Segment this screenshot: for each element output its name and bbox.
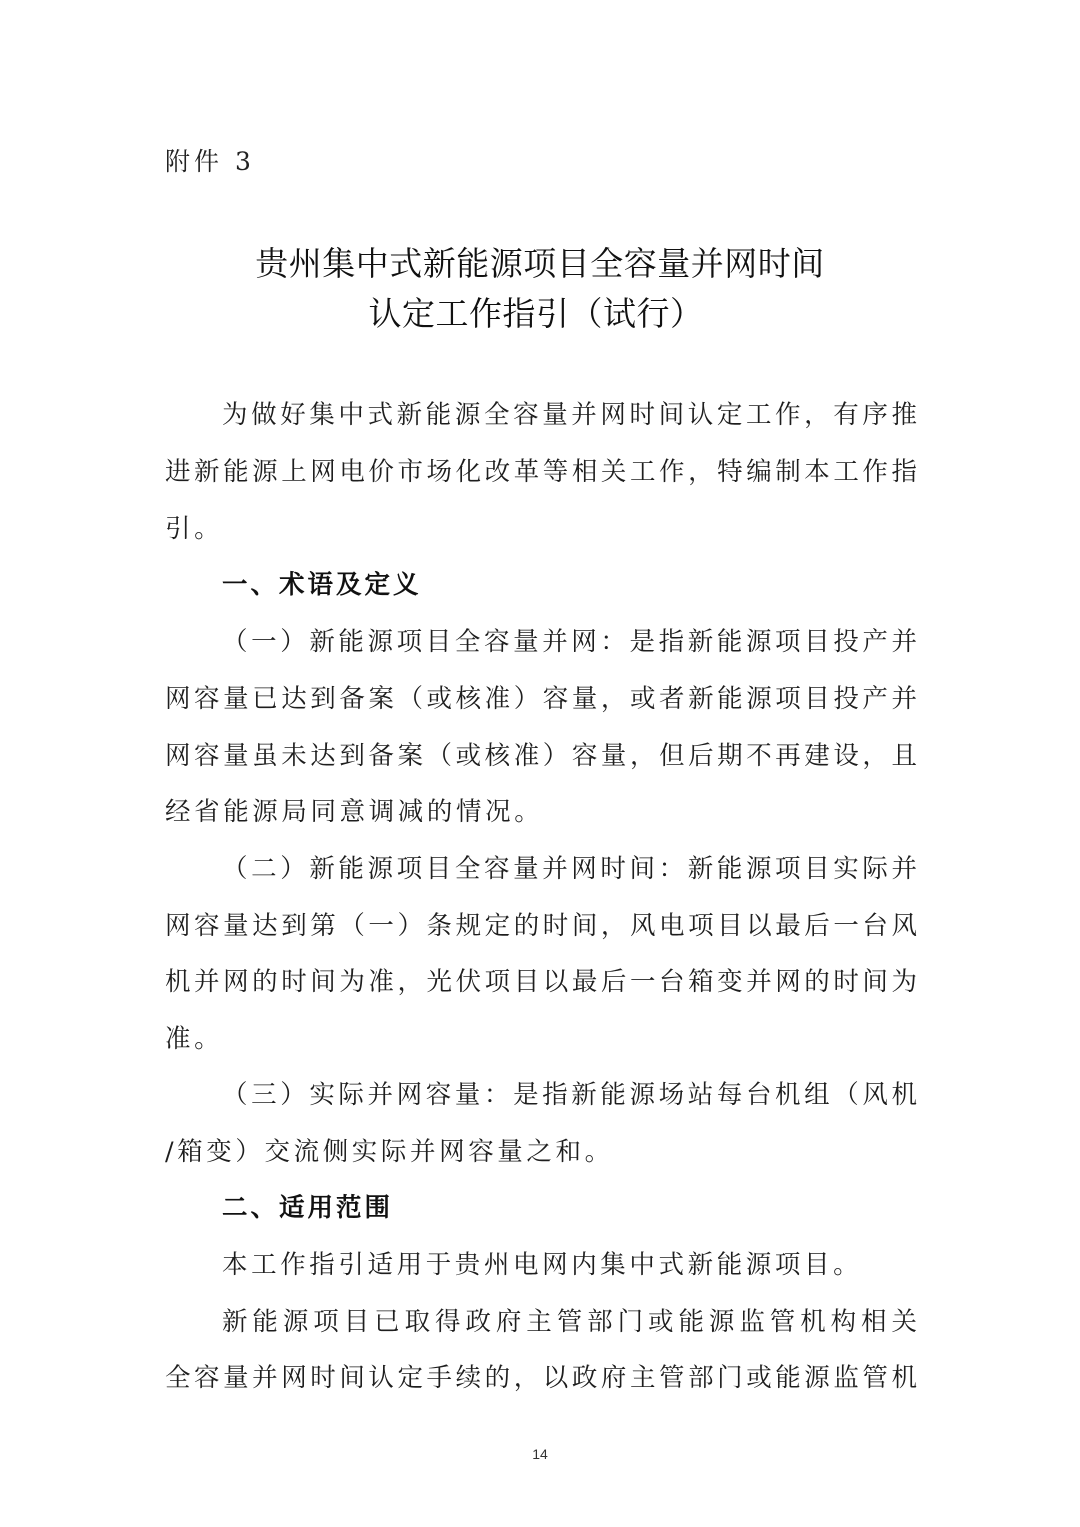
intro-line-2: 进新能源上网电价市场化改革等相关工作，特编制本工作指 [165, 455, 917, 489]
definition-3-line-1: （三）实际并网容量：是指新能源场站每台机组（风机 [222, 1078, 917, 1112]
scope-paragraph-2-line-1: 新能源项目已取得政府主管部门或能源监管机构相关 [222, 1305, 917, 1339]
definition-2-line-1: （二）新能源项目全容量并网时间：新能源项目实际并 [222, 852, 917, 886]
intro-line-1: 为做好集中式新能源全容量并网时间认定工作，有序推 [222, 398, 917, 432]
intro-line-3: 引。 [165, 512, 917, 546]
definition-1-line-1: （一）新能源项目全容量并网：是指新能源项目投产并 [222, 625, 917, 659]
document-title-line-2: 认定工作指引（试行） [0, 288, 1076, 335]
definition-2-line-3: 机并网的时间为准，光伏项目以最后一台箱变并网的时间为 [165, 965, 917, 999]
scope-paragraph-2-line-2: 全容量并网时间认定手续的，以政府主管部门或能源监管机 [165, 1361, 917, 1395]
definition-1-line-2: 网容量已达到备案（或核准）容量，或者新能源项目投产并 [165, 682, 917, 716]
definition-2-line-4: 准。 [165, 1022, 917, 1056]
section-heading-terms: 一、术语及定义 [222, 568, 422, 602]
definition-1-line-3: 网容量虽未达到备案（或核准）容量，但后期不再建设，且 [165, 739, 917, 773]
definition-3-line-2: /箱变）交流侧实际并网容量之和。 [165, 1135, 917, 1169]
definition-1-line-4: 经省能源局同意调减的情况。 [165, 795, 917, 829]
definition-2-line-2: 网容量达到第（一）条规定的时间，风电项目以最后一台风 [165, 909, 917, 943]
annex-label: 附件 3 [165, 142, 255, 178]
document-title-line-1: 贵州集中式新能源项目全容量并网时间 [0, 238, 1080, 285]
document-page: 附件 3 贵州集中式新能源项目全容量并网时间 认定工作指引（试行） 为做好集中式… [0, 0, 1080, 1527]
page-number: 14 [0, 1446, 1080, 1462]
section-heading-scope: 二、适用范围 [222, 1191, 393, 1225]
scope-paragraph-1-line-1: 本工作指引适用于贵州电网内集中式新能源项目。 [222, 1248, 917, 1282]
